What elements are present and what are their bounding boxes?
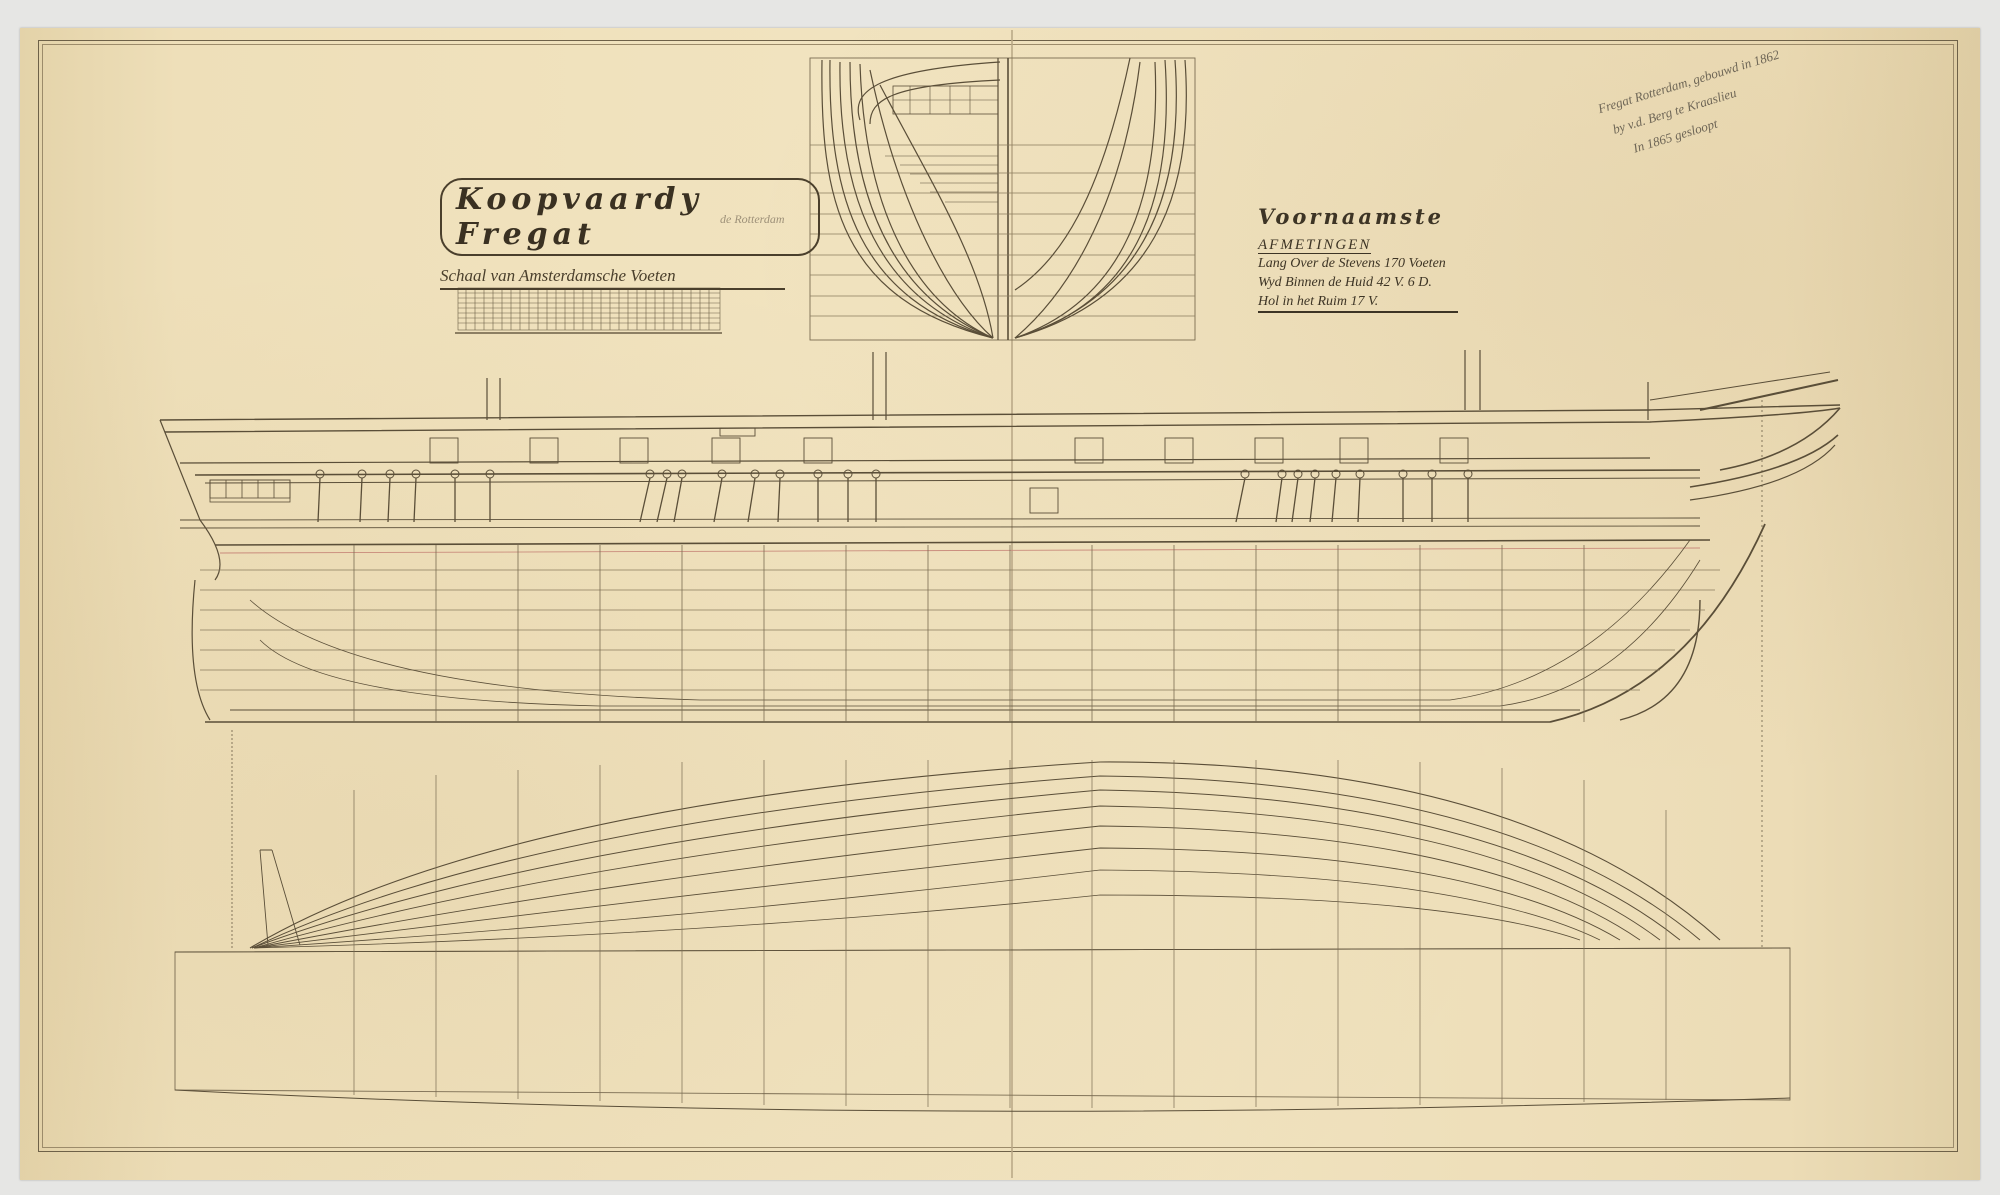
body-plan-view xyxy=(810,58,1195,340)
dimension-depth: Hol in het Ruim 17 V. xyxy=(1258,292,1458,313)
ship-drawing xyxy=(0,0,2000,1195)
scale-label: Schaal van Amsterdamsche Voeten xyxy=(440,266,785,290)
scale-bar xyxy=(455,288,722,333)
sheer-plan-view xyxy=(160,350,1840,722)
dimension-length: Lang Over de Stevens 170 Voeten xyxy=(1258,254,1508,273)
title-cartouche: Koopvaardy Fregat Schaal van Amsterdamsc… xyxy=(440,178,820,290)
half-breadth-plan-view xyxy=(175,400,1790,1111)
dimensions-heading: Voornaamste AFMETINGEN xyxy=(1258,204,1508,254)
pencil-annotation: de Rotterdam xyxy=(720,212,785,227)
dimension-breadth: Wyd Binnen de Huid 42 V. 6 D. xyxy=(1258,273,1508,292)
dimensions-block: Voornaamste AFMETINGEN Lang Over de Stev… xyxy=(1258,204,1508,313)
